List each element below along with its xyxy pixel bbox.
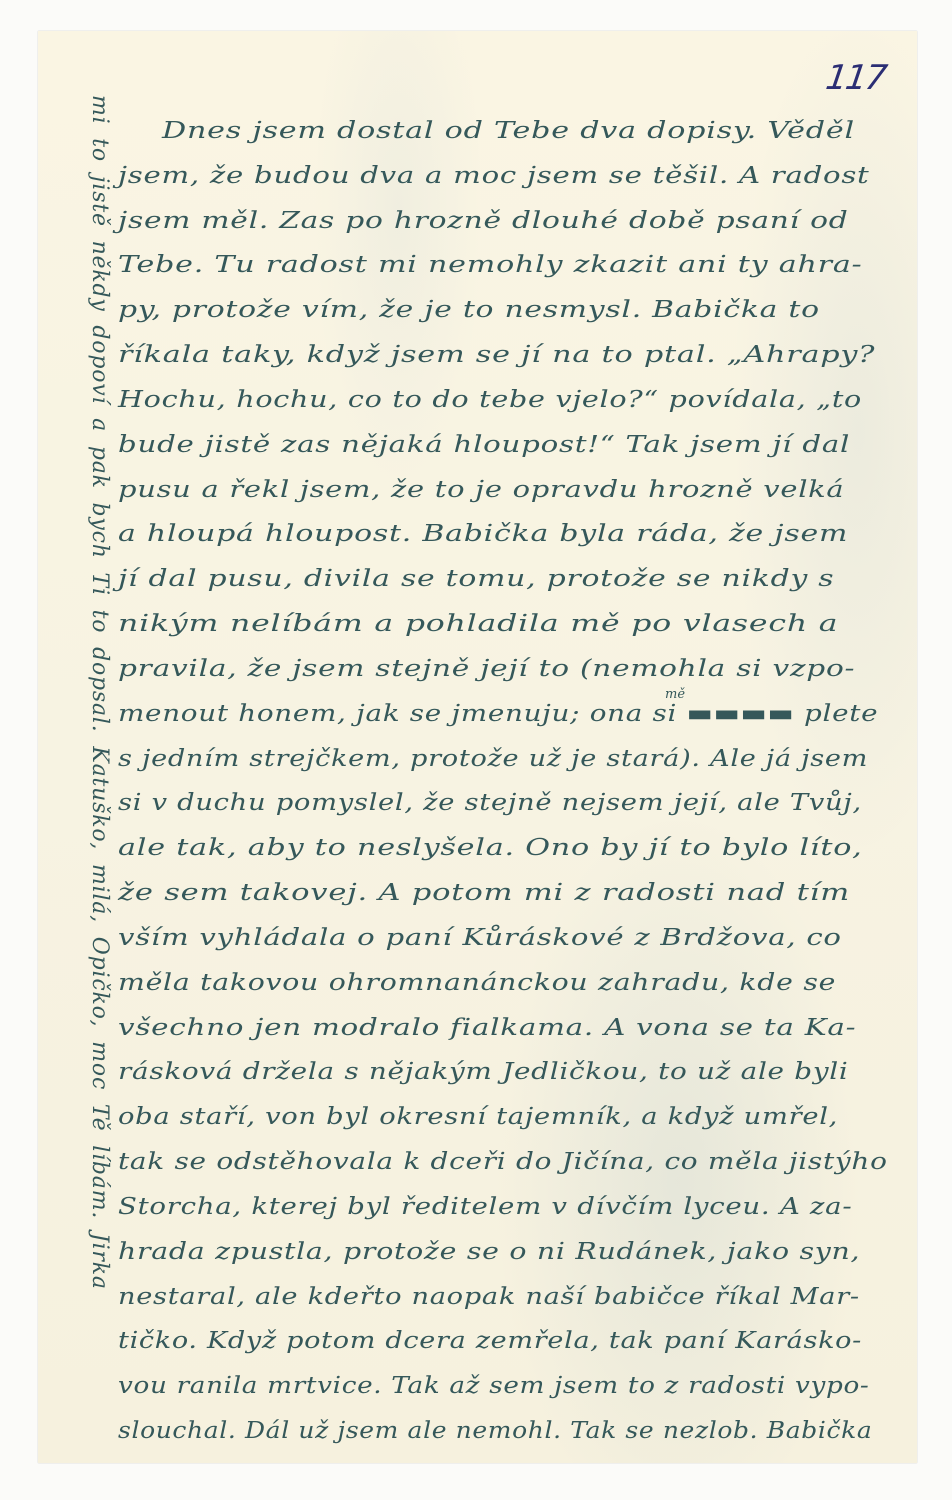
letter-line: tičko. Když potom dcera zemřela, tak pan… — [118, 1326, 862, 1354]
letter-line: pravila, že jsem stejně její to (nemohla… — [118, 654, 855, 682]
letter-line: říkala taky, když jsem se jí na to ptal.… — [118, 340, 875, 368]
letter-line: si v duchu pomyslel, že stejně nejsem je… — [118, 788, 862, 816]
letter-line: vou ranila mrtvice. Tak až sem jsem to z… — [118, 1371, 869, 1399]
letter-line: jí dal pusu, divila se tomu, protože se … — [118, 564, 834, 592]
letter-line: slouchal. Dál už jsem ale nemohl. Tak se… — [118, 1416, 872, 1444]
letter-line: pusu a řekl jsem, že to je opravdu hrozn… — [118, 475, 844, 503]
inserted-word: mě — [665, 687, 685, 702]
letter-line: ale tak, aby to neslyšela. Ono by jí to … — [118, 833, 863, 861]
letter-line: s jedním strejčkem, protože už je stará)… — [118, 744, 868, 772]
letter-line: rásková držela s nějakým Jedličkou, to u… — [118, 1057, 849, 1085]
letter-line: Tebe. Tu radost mi nemohly zkazit ani ty… — [118, 250, 862, 278]
letter-line: Storcha, kterej byl ředitelem v dívčím l… — [118, 1192, 852, 1220]
letter-line: všechno jen modralo fialkama. A vona se … — [118, 1013, 856, 1041]
page-number: 117 — [823, 58, 888, 98]
letter-line: bude jistě zas nějaká hloupost!“ Tak jse… — [118, 430, 850, 458]
letter-line: oba staří, von byl okresní tajemník, a k… — [118, 1102, 838, 1130]
letter-line: a hloupá hloupost. Babička byla ráda, že… — [118, 519, 848, 547]
letter-line: py, protože vím, že je to nesmysl. Babič… — [118, 295, 820, 323]
letter-line: že sem takovej. A potom mi z radosti nad… — [118, 878, 850, 906]
letter-line: menout honem, jak se jmenuju; ona si ▬▬▬… — [118, 699, 878, 727]
letter-line: vším vyhládala o paní Kůráskové z Brdžov… — [118, 923, 842, 951]
margin-note-vertical: mi to jistě někdy dopoví a pak bych Ti t… — [87, 95, 112, 1455]
letter-line: tak se odstěhovala k dceři do Jičína, co… — [118, 1147, 888, 1175]
letter-line: hrada zpustla, protože se o ni Rudánek, … — [118, 1237, 860, 1265]
letter-line: Hochu, hochu, co to do tebe vjelo?“ poví… — [118, 385, 862, 413]
letter-line: měla takovou ohromnanánckou zahradu, kde… — [118, 968, 836, 996]
letter-line: jsem měl. Zas po hrozně dlouhé době psan… — [118, 206, 849, 234]
letter-line: nestaral, ale kdeřto naopak naší babičce… — [118, 1282, 860, 1310]
letter-line: nikým nelíbám a pohladila mě po vlasech … — [118, 609, 838, 637]
letter-line: jsem, že budou dva a moc jsem se těšil. … — [118, 161, 870, 189]
letter-line: Dnes jsem dostal od Tebe dva dopisy. Věd… — [162, 116, 855, 144]
